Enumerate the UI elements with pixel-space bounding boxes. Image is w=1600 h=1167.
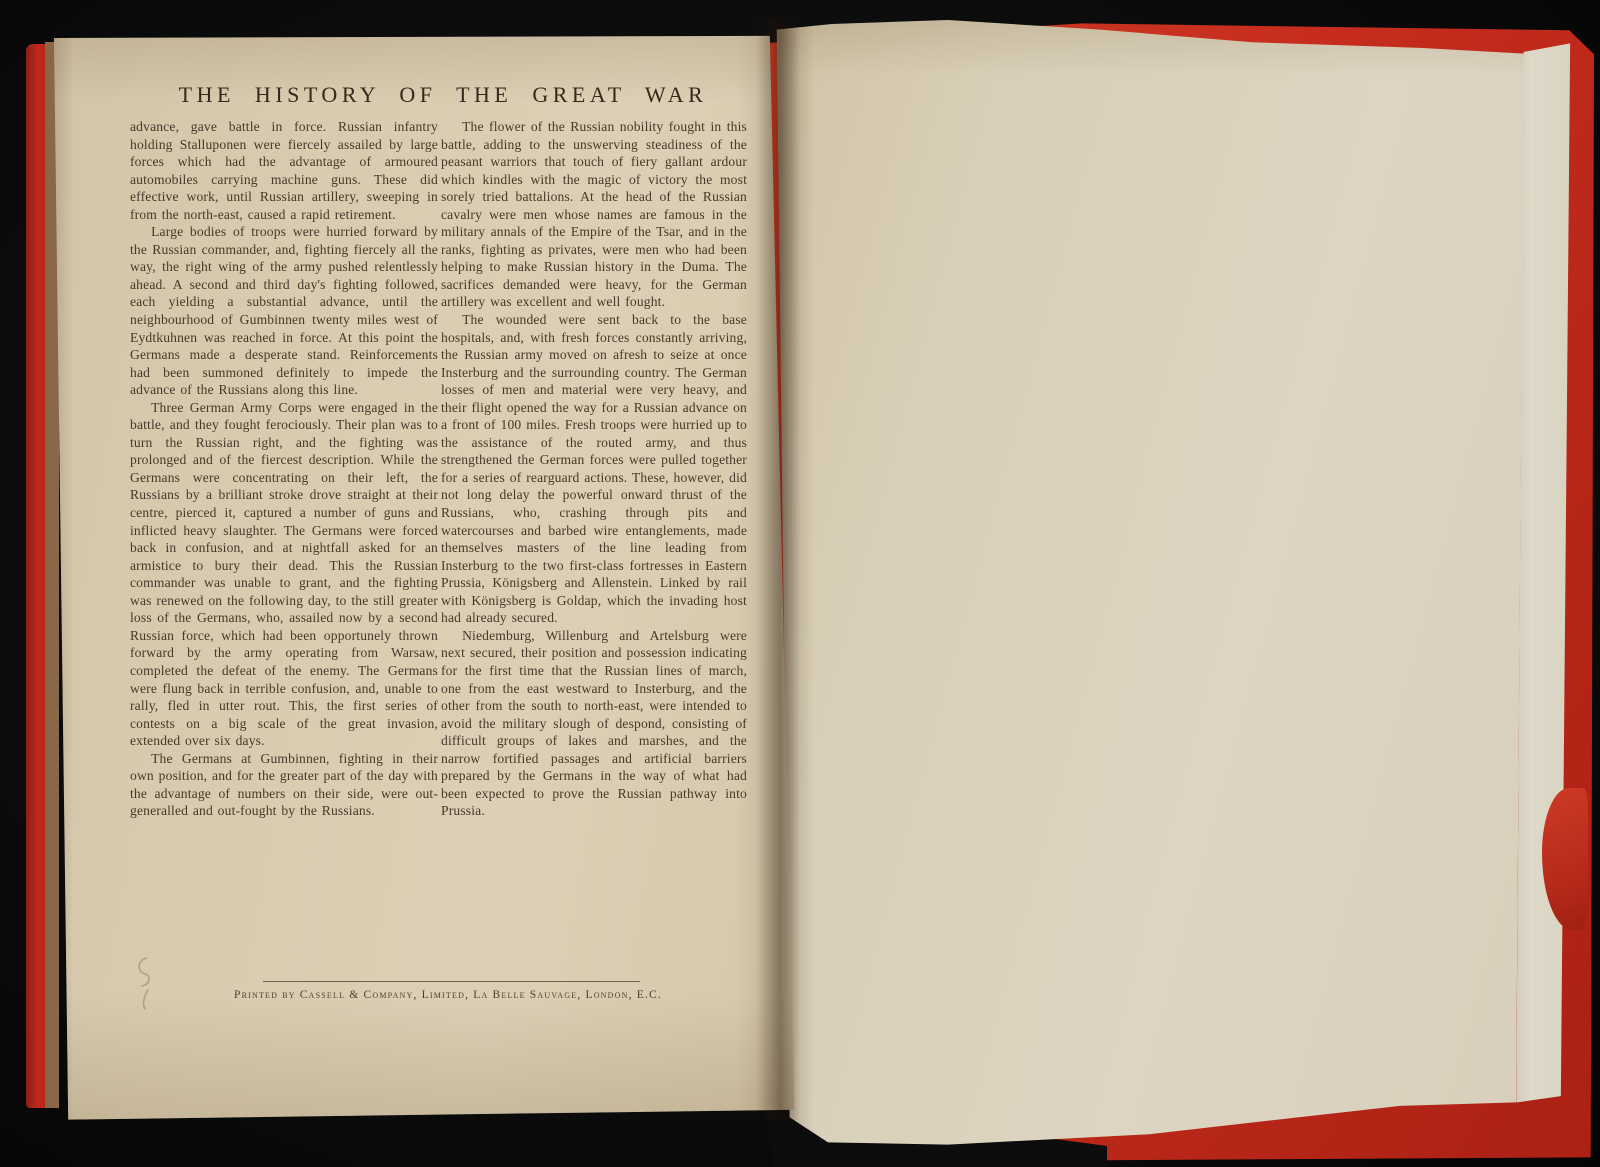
printer-colophon: Printed by Cassell & Company, Limited, L…	[148, 989, 748, 1001]
paragraph: The flower of the Russian nobility fough…	[441, 118, 747, 311]
colophon-rule	[263, 981, 640, 982]
pencil-mark	[128, 952, 162, 1012]
printed-left-page: THE HISTORY OF THE GREAT WAR advance, ga…	[48, 32, 796, 1124]
text-column-left: advance, gave battle in force. Russian i…	[130, 118, 438, 820]
paragraph: The Germans at Gumbinnen, fighting in th…	[130, 750, 438, 820]
page-title: THE HISTORY OF THE GREAT WAR	[118, 82, 768, 108]
blank-right-page	[772, 16, 1572, 1156]
text-column-right: The flower of the Russian nobility fough…	[441, 118, 747, 820]
photo-of-open-book: { "book": { "title": "THE HISTORY OF THE…	[0, 0, 1600, 1167]
paragraph: Three German Army Corps were engaged in …	[130, 399, 438, 750]
paragraph: advance, gave battle in force. Russian i…	[130, 118, 438, 223]
paragraph: Niedemburg, Willenburg and Artelsburg we…	[441, 627, 747, 820]
paragraph: Large bodies of troops were hurried forw…	[130, 223, 438, 398]
paragraph: The wounded were sent back to the base h…	[441, 311, 747, 627]
